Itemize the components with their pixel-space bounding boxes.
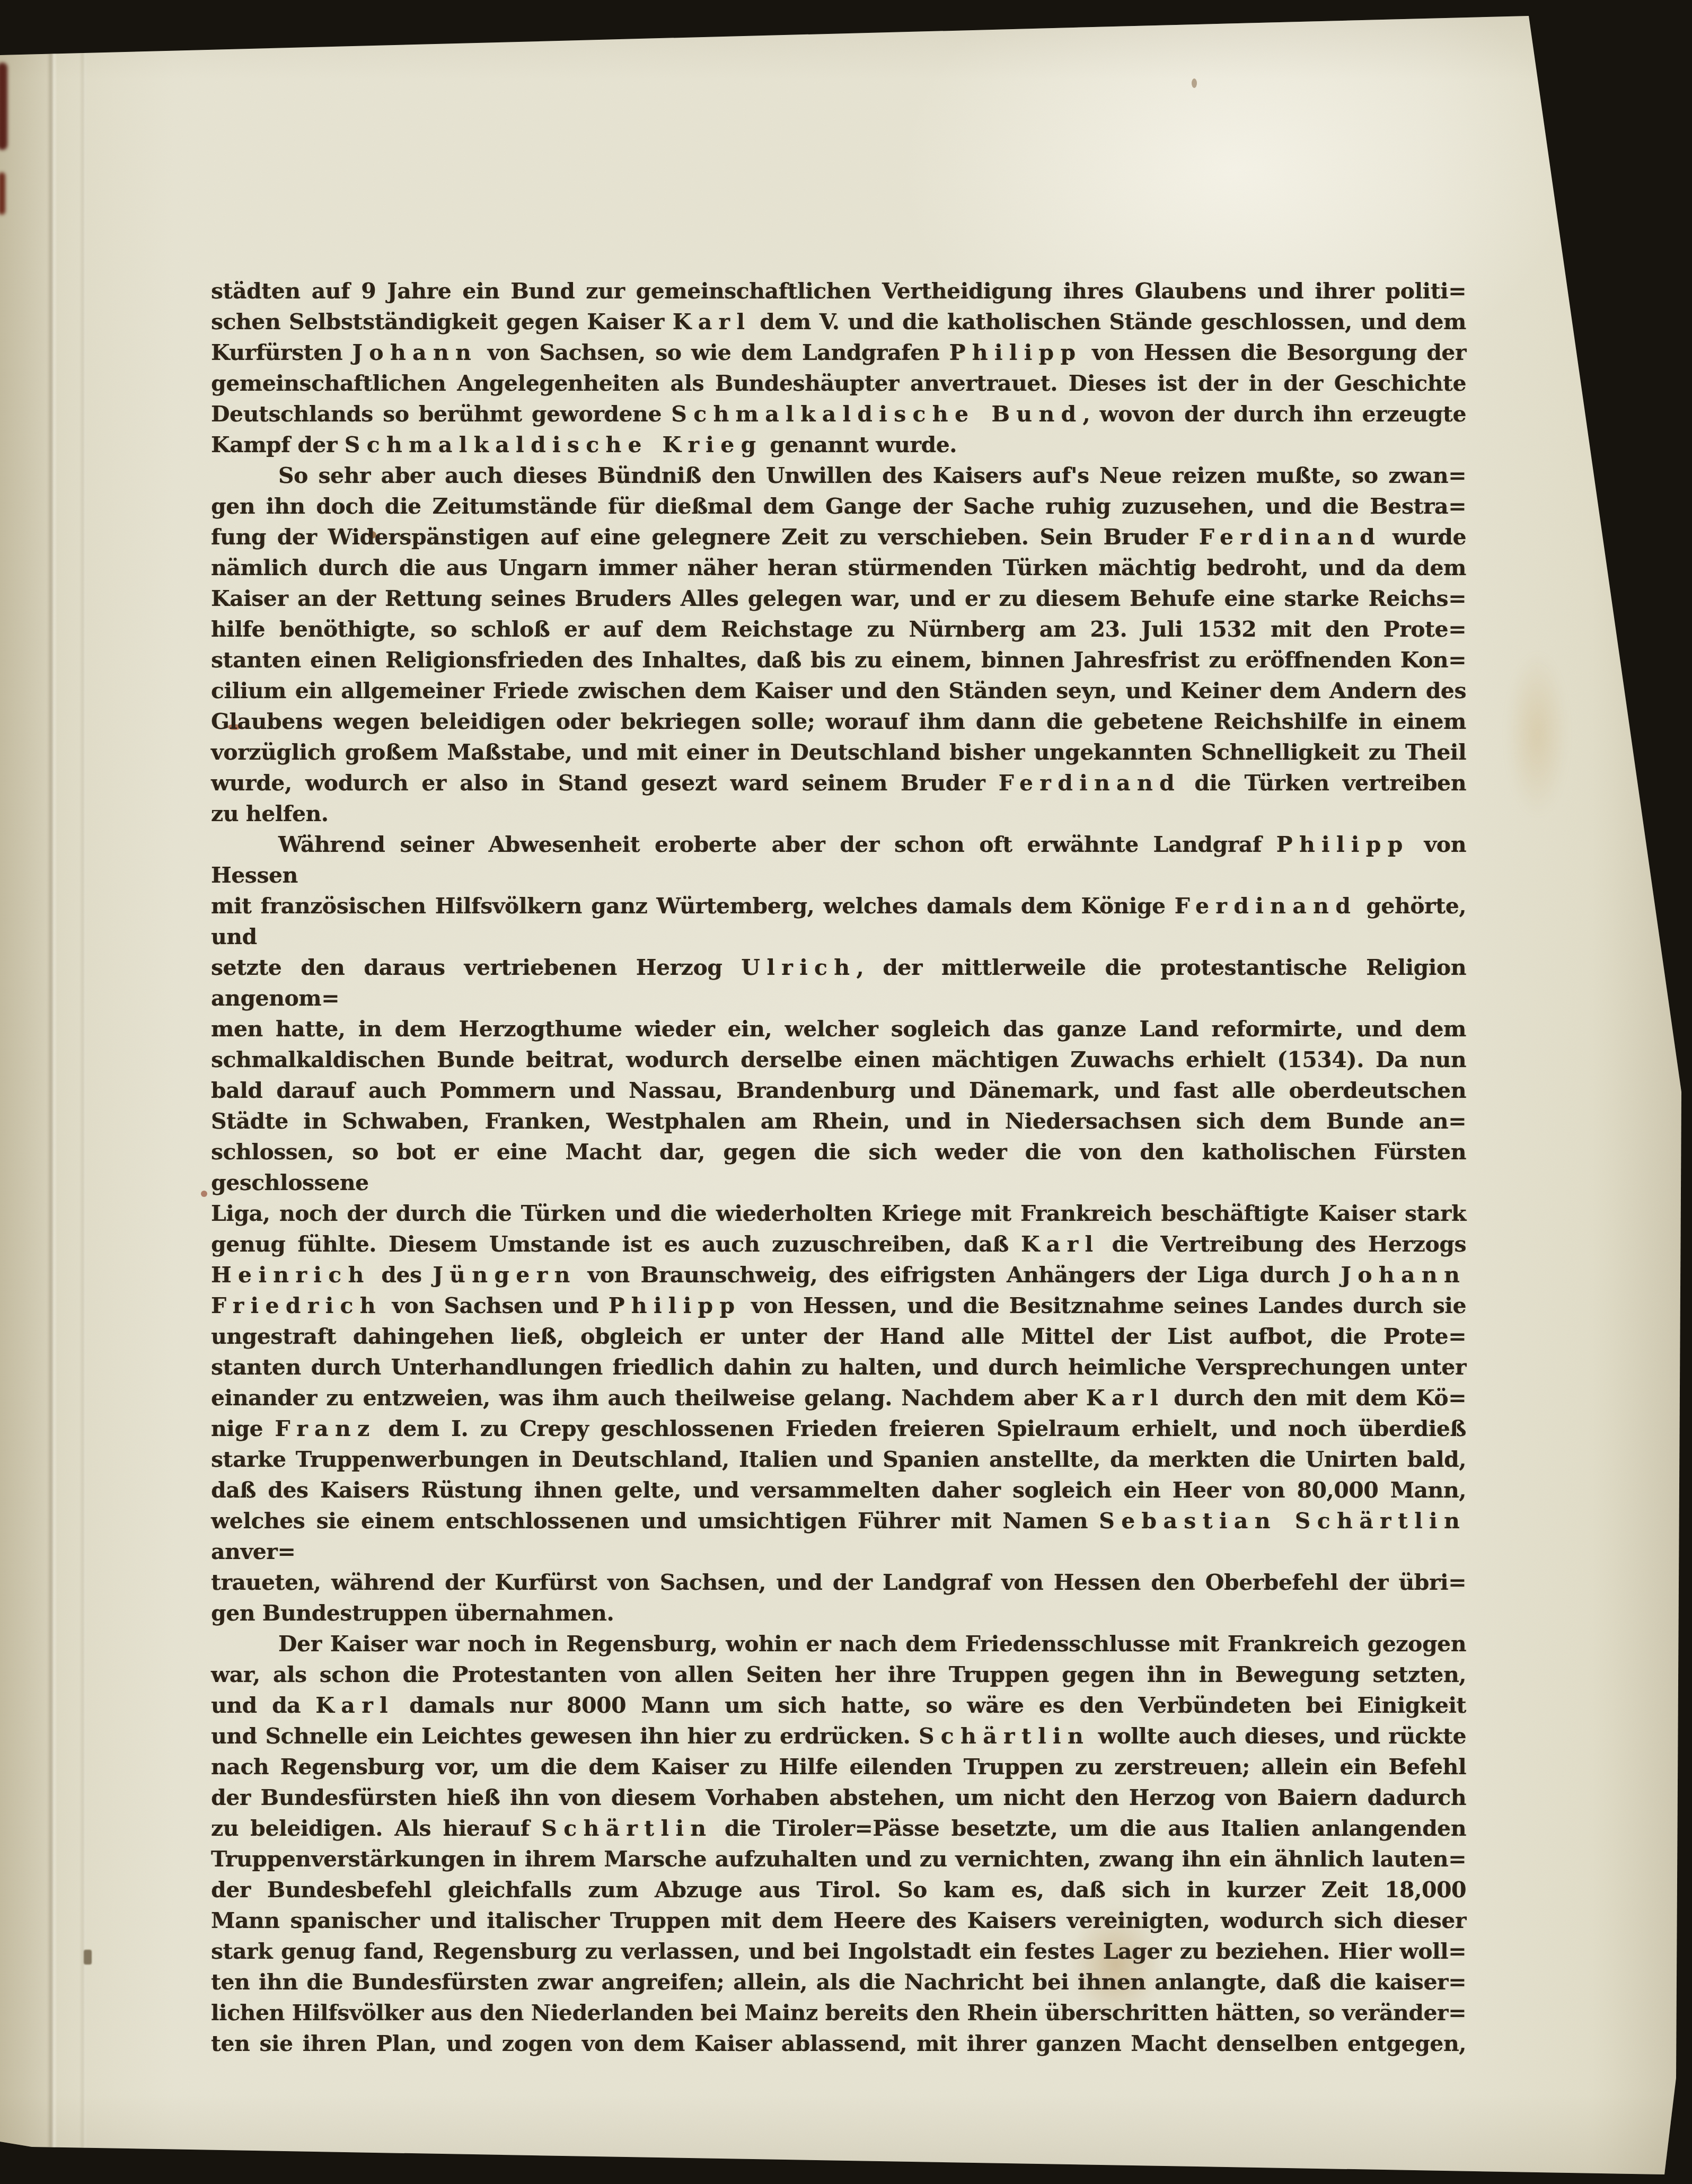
text-line: Glaubens wegen beleidigen oder bekriegen… xyxy=(211,706,1466,737)
letterspaced-name: Schärtlin xyxy=(541,1816,712,1841)
letterspaced-name: Schmalkaldische Krieg xyxy=(345,432,763,457)
text-line: der Bundesfürsten hieß ihn von diesem Vo… xyxy=(211,1782,1466,1813)
letterspaced-name: Sebastian Schärtlin xyxy=(1099,1508,1466,1534)
letterspaced-name: Karl xyxy=(1086,1385,1165,1411)
letterspaced-name: Ulrich xyxy=(741,955,856,980)
foxing-speck xyxy=(201,1191,207,1197)
text-line: cilium ein allgemeiner Friede zwischen d… xyxy=(211,675,1466,706)
text-line: Mann spanischer und italischer Truppen m… xyxy=(211,1905,1466,1936)
text-line: und da Karl damals nur 8000 Mann um sich… xyxy=(211,1690,1466,1721)
text-line: So sehr aber auch dieses Bündniß den Unw… xyxy=(211,460,1466,491)
letterspaced-name: Philipp xyxy=(1276,832,1409,857)
text-line: einander zu entzweien, was ihm auch thei… xyxy=(211,1382,1466,1413)
letterspaced-name: Ferdinand xyxy=(1175,893,1357,919)
text-line: zu helfen. xyxy=(211,798,1466,829)
letterspaced-name: Schmalkaldische Bund xyxy=(671,401,1082,427)
binding-crease xyxy=(48,50,56,2150)
letterspaced-name: Philipp xyxy=(609,1293,742,1318)
text-line: der Bundesbefehl gleichfalls zum Abzuge … xyxy=(211,1874,1466,1905)
text-line: Kampf der Schmalkaldische Krieg genannt … xyxy=(211,429,1466,460)
text-line: Städte in Schwaben, Franken, Westphalen … xyxy=(211,1106,1466,1137)
text-line: Der Kaiser war noch in Regensburg, wohin… xyxy=(211,1628,1466,1659)
text-line: schlossen, so bot er eine Macht dar, geg… xyxy=(211,1137,1466,1198)
text-line: Während seiner Abwesenheit eroberte aber… xyxy=(211,829,1466,891)
text-line: fung der Widerspänstigen auf eine gelegn… xyxy=(211,522,1466,552)
text-line: gen Bundestruppen übernahmen. xyxy=(211,1598,1466,1628)
text-line: Friedrich von Sachsen und Philipp von He… xyxy=(211,1290,1466,1321)
gutter-shadow xyxy=(0,48,53,2150)
text-line: starke Truppenwerbungen in Deutschland, … xyxy=(211,1444,1466,1475)
text-line: Truppenverstärkungen in ihrem Marsche au… xyxy=(211,1844,1466,1874)
letterspaced-name: Karl xyxy=(673,309,752,334)
binding-crease xyxy=(81,50,86,2150)
text-line: traueten, während der Kurfürst von Sachs… xyxy=(211,1567,1466,1598)
letterspaced-name: Johann xyxy=(352,340,478,365)
text-line: Kaiser an der Rettung seines Bruders All… xyxy=(211,583,1466,614)
text-line: Liga, noch der durch die Türken und die … xyxy=(211,1198,1466,1229)
letterspaced-name: Ferdinand xyxy=(999,770,1181,796)
text-line: Kurfürsten Johann von Sachsen, so wie de… xyxy=(211,337,1466,368)
book-page: städten auf 9 Jahre ein Bund zur gemeins… xyxy=(0,0,1692,2184)
text-line: und Schnelle ein Leichtes gewesen ihn hi… xyxy=(211,1721,1466,1751)
text-line: genug fühlte. Diesem Umstande ist es auc… xyxy=(211,1229,1466,1260)
text-line: ungestraft dahingehen ließ, obgleich er … xyxy=(211,1321,1466,1352)
text-line: ten ihn die Bundesfürsten zwar angreifen… xyxy=(211,1967,1466,1997)
letterspaced-name: Jüngern xyxy=(433,1262,576,1288)
binding-mark xyxy=(0,63,7,150)
paper-stain xyxy=(1495,620,1580,848)
letterspaced-name: Schärtlin xyxy=(919,1723,1090,1749)
text-line: hilfe benöthigte, so schloß er auf dem R… xyxy=(211,614,1466,645)
text-line: ten sie ihren Plan, und zogen von dem Ka… xyxy=(211,2028,1466,2059)
book-photo-backdrop: städten auf 9 Jahre ein Bund zur gemeins… xyxy=(0,0,1692,2184)
binding-mark xyxy=(0,172,5,215)
text-line: schen Selbstständigkeit gegen Kaiser Kar… xyxy=(211,306,1466,337)
text-line: stanten einen Religionsfrieden des Inhal… xyxy=(211,645,1466,675)
text-line: städten auf 9 Jahre ein Bund zur gemeins… xyxy=(211,276,1466,306)
text-line: Deutschlands so berühmt gewordene Schmal… xyxy=(211,399,1466,429)
letterspaced-name: Johann xyxy=(1341,1262,1466,1288)
text-line: Heinrich des Jüngern von Braunschweig, d… xyxy=(211,1260,1466,1290)
text-line: stark genug fand, Regensburg zu verlasse… xyxy=(211,1936,1466,1967)
letterspaced-name: Ferdinand xyxy=(1199,524,1381,550)
text-line: nige Franz dem I. zu Crepy geschlossenen… xyxy=(211,1413,1466,1444)
text-line: schmalkaldischen Bunde beitrat, wodurch … xyxy=(211,1044,1466,1075)
text-line: war, als schon die Protestanten von alle… xyxy=(211,1659,1466,1690)
text-line: setzte den daraus vertriebenen Herzog Ul… xyxy=(211,952,1466,1014)
letterspaced-name: Franz xyxy=(275,1416,376,1441)
page-edge-notch xyxy=(84,1950,92,1965)
text-line: nach Regensburg vor, um die dem Kaiser z… xyxy=(211,1751,1466,1782)
letterspaced-name: Karl xyxy=(315,1693,394,1718)
text-line: zu beleidigen. Als hierauf Schärtlin die… xyxy=(211,1813,1466,1844)
letterspaced-name: Heinrich xyxy=(211,1262,371,1288)
letterspaced-name: Friedrich xyxy=(211,1293,382,1318)
text-line: vorzüglich großem Maßstabe, und mit eine… xyxy=(211,737,1466,768)
letterspaced-name: Philipp xyxy=(949,340,1082,365)
text-line: men hatte, in dem Herzogthume wieder ein… xyxy=(211,1014,1466,1044)
page-text: städten auf 9 Jahre ein Bund zur gemeins… xyxy=(211,276,1466,2059)
letterspaced-name: Karl xyxy=(1021,1231,1100,1257)
text-line: daß des Kaisers Rüstung ihnen gelte, und… xyxy=(211,1475,1466,1505)
text-line: nämlich durch die aus Ungarn immer näher… xyxy=(211,552,1466,583)
text-line: gen ihn doch die Zeitumstände für dießma… xyxy=(211,491,1466,522)
text-line: wurde, wodurch er also in Stand gesezt w… xyxy=(211,768,1466,798)
text-line: lichen Hilfsvölker aus den Niederlanden … xyxy=(211,1997,1466,2028)
text-line: welches sie einem entschlossenen und ums… xyxy=(211,1505,1466,1567)
text-line: bald darauf auch Pommern und Nassau, Bra… xyxy=(211,1075,1466,1106)
foxing-speck xyxy=(1192,78,1197,88)
text-line: mit französischen Hilfsvölkern ganz Würt… xyxy=(211,891,1466,952)
text-line: stanten durch Unterhandlungen friedlich … xyxy=(211,1352,1466,1382)
text-line: gemeinschaftlichen Angelegenheiten als B… xyxy=(211,368,1466,399)
